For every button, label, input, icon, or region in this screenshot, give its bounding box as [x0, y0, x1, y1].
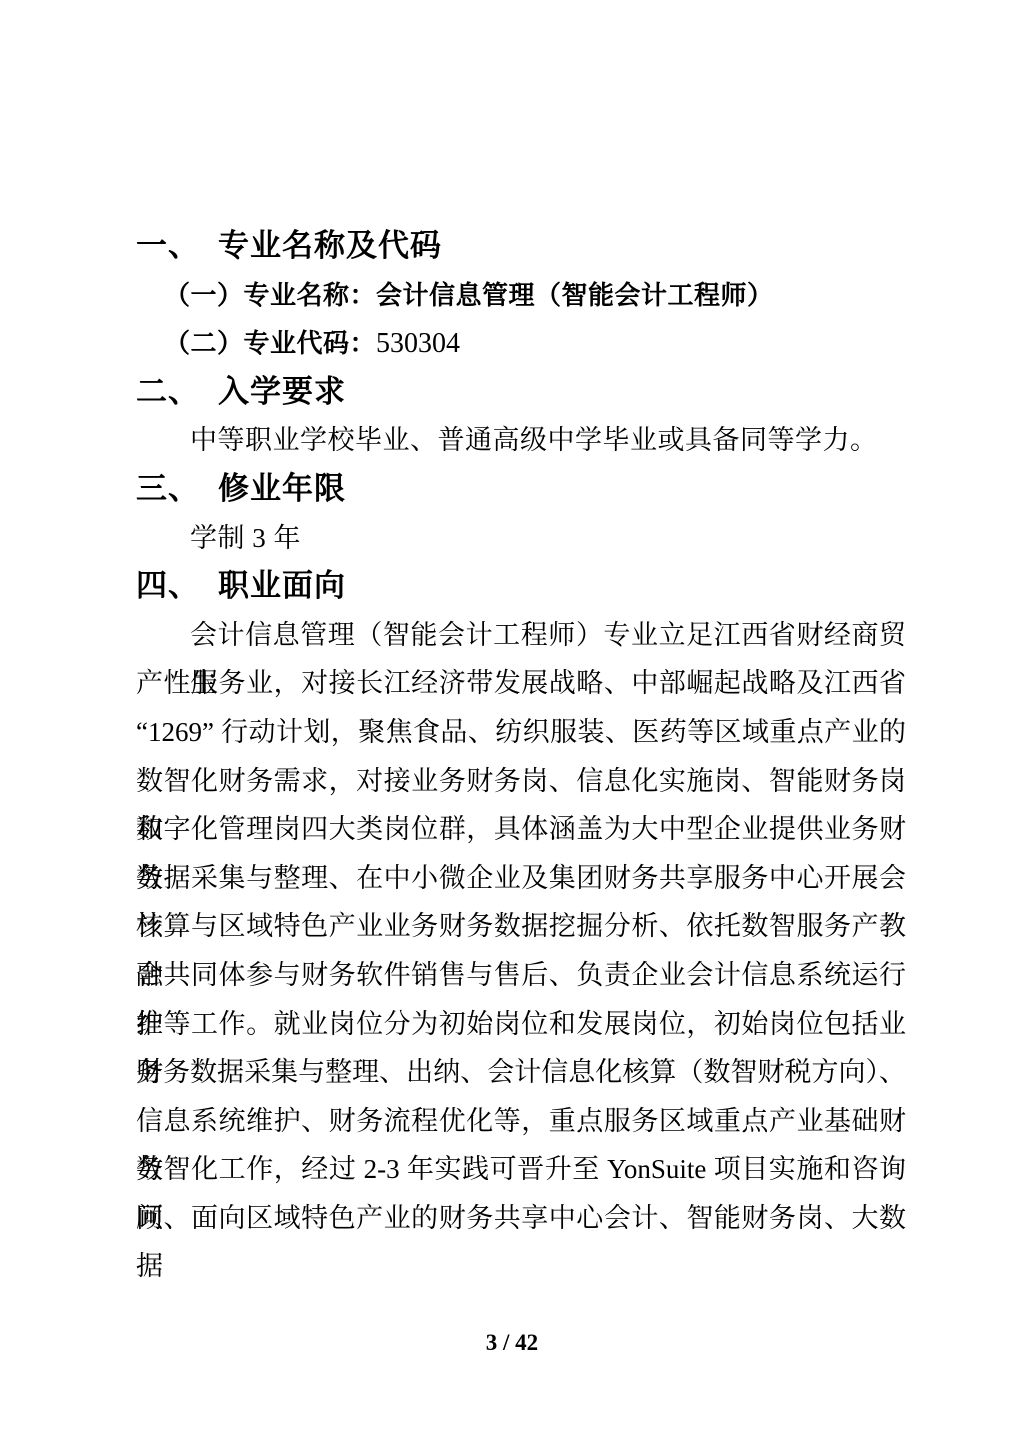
paragraph-line: 合共同体参与财务软件销售与售后、负责企业会计信息系统运行维 [136, 951, 906, 1000]
study-duration-text: 学制 3 年 [136, 514, 908, 563]
section-heading-4: 四、职业面向 [136, 562, 908, 611]
subitem-major-name: （一）专业名称：会计信息管理（智能会计工程师） [136, 271, 908, 320]
paragraph-line: “1269” 行动计划，聚焦食品、纺织服装、医药等区域重点产业的 [136, 708, 906, 757]
heading-marker: 二、 [136, 374, 200, 409]
section-heading-3: 三、修业年限 [136, 465, 908, 514]
entry-requirement-text: 中等职业学校毕业、普通高级中学毕业或具备同等学力。 [136, 416, 908, 465]
paragraph-line: 财务数据采集与整理、出纳、会计信息化核算（数智财税方向）、 [136, 1048, 906, 1097]
document-page: 一、专业名称及代码 （一）专业名称：会计信息管理（智能会计工程师） （二）专业代… [0, 0, 1024, 1448]
paragraph-line: 护等工作。就业岗位分为初始岗位和发展岗位，初始岗位包括业务 [136, 1000, 906, 1049]
major-code-value: 530304 [376, 328, 460, 359]
heading-marker: 四、 [136, 568, 200, 603]
paragraph-line: 数据采集与整理、在中小微企业及集团财务共享服务中心开展会计 [136, 854, 906, 903]
document-content: 一、专业名称及代码 （一）专业名称：会计信息管理（智能会计工程师） （二）专业代… [136, 222, 908, 1242]
page-number: 3 / 42 [0, 1330, 1024, 1356]
paragraph-line: 数字化管理岗四大类岗位群，具体涵盖为大中型企业提供业务财务 [136, 805, 906, 854]
subitem-label: （二）专业代码： [164, 328, 376, 358]
subitem-value: 会计信息管理（智能会计工程师） [376, 280, 774, 310]
paragraph-line: 数智化工作，经过 2-3 年实践可晋升至 YonSuite 项目实施和咨询顾 [136, 1145, 906, 1194]
paragraph-line: 产性服务业，对接长江经济带发展战略、中部崛起战略及江西省 [136, 659, 906, 708]
paragraph-line: 数智化财务需求，对接业务财务岗、信息化实施岗、智能财务岗和 [136, 757, 906, 806]
heading-title: 入学要求 [218, 374, 346, 409]
section-heading-1: 一、专业名称及代码 [136, 222, 908, 271]
heading-marker: 一、 [136, 228, 200, 263]
heading-marker: 三、 [136, 471, 200, 506]
subitem-major-code: （二）专业代码：530304 [136, 319, 908, 368]
paragraph-line: 问、面向区域特色产业的财务共享中心会计、智能财务岗、大数据 [136, 1194, 906, 1243]
paragraph-line: 信息系统维护、财务流程优化等，重点服务区域重点产业基础财务 [136, 1097, 906, 1146]
section-heading-2: 二、入学要求 [136, 368, 908, 417]
heading-title: 专业名称及代码 [218, 228, 442, 263]
heading-title: 修业年限 [218, 471, 346, 506]
subitem-label: （一）专业名称： [164, 280, 376, 310]
heading-title: 职业面向 [218, 568, 346, 603]
paragraph-line: 会计信息管理（智能会计工程师）专业立足江西省财经商贸生 [136, 611, 906, 660]
paragraph-line: 核算与区域特色产业业务财务数据挖掘分析、依托数智服务产教融 [136, 902, 906, 951]
